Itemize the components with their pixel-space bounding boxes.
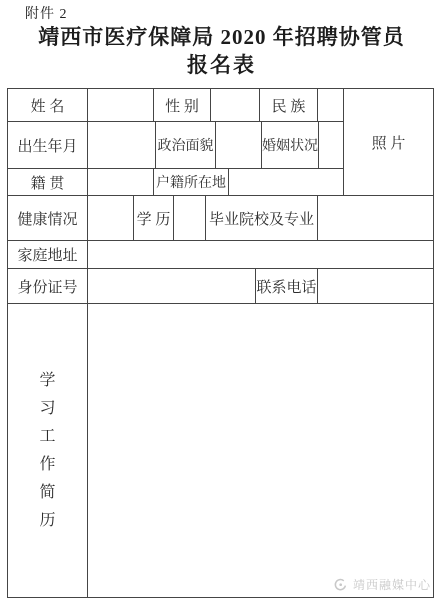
ethnicity-label-cell: 民 族 — [259, 88, 318, 122]
id-number-label-cell: 身份证号 — [7, 268, 88, 304]
political-status-value-cell — [215, 121, 262, 169]
resume-label-char: 简 — [39, 485, 55, 501]
watermark: 靖西融媒中心 — [333, 576, 431, 593]
form-title-line2: 报名表 — [0, 49, 443, 79]
id-number-value-cell — [87, 268, 256, 304]
watermark-text: 靖西融媒中心 — [353, 576, 431, 593]
photo-cell: 照 片 — [343, 88, 434, 196]
school-major-value-cell — [317, 195, 434, 241]
home-address-value-cell — [87, 240, 434, 269]
marital-status-label-cell: 婚姻状况 — [261, 121, 319, 169]
household-registration-label-cell: 户籍所在地 — [153, 168, 229, 196]
resume-value-cell — [87, 303, 434, 598]
birth-date-label-cell: 出生年月 — [7, 121, 88, 169]
political-status-label-cell: 政治面貌 — [155, 121, 216, 169]
application-form-table: 姓 名 性 别 民 族 照 片 出生年月 政治面貌 婚姻状况 籍 贯 户籍所在地… — [7, 88, 434, 598]
native-place-label-cell: 籍 贯 — [7, 168, 88, 196]
resume-label-char: 作 — [39, 457, 55, 473]
form-title-line1: 靖西市医疗保障局 2020 年招聘协管员 — [0, 21, 443, 51]
gender-value-cell — [210, 88, 260, 122]
birth-date-value-cell — [87, 121, 156, 169]
health-value-cell — [87, 195, 134, 241]
resume-label-char: 习 — [39, 401, 55, 417]
marital-status-value-cell — [318, 121, 344, 169]
resume-label-char: 学 — [39, 373, 55, 389]
ethnicity-value-cell — [317, 88, 344, 122]
household-registration-value-cell — [228, 168, 344, 196]
home-address-label-cell: 家庭地址 — [7, 240, 88, 269]
school-major-label-cell: 毕业院校及专业 — [205, 195, 318, 241]
education-label-cell: 学 历 — [133, 195, 174, 241]
education-value-cell — [173, 195, 206, 241]
phone-value-cell — [317, 268, 434, 304]
attachment-label: 附件 2 — [25, 3, 68, 23]
resume-label-char: 历 — [39, 513, 55, 529]
native-place-value-cell — [87, 168, 154, 196]
gender-label-cell: 性 别 — [153, 88, 211, 122]
name-label-cell: 姓 名 — [7, 88, 88, 122]
resume-label-cell: 学 习 工 作 简 历 — [7, 303, 88, 598]
health-label-cell: 健康情况 — [7, 195, 88, 241]
name-value-cell — [87, 88, 154, 122]
phone-label-cell: 联系电话 — [255, 268, 318, 304]
resume-label-char: 工 — [39, 429, 55, 445]
watermark-logo-icon — [333, 577, 348, 592]
